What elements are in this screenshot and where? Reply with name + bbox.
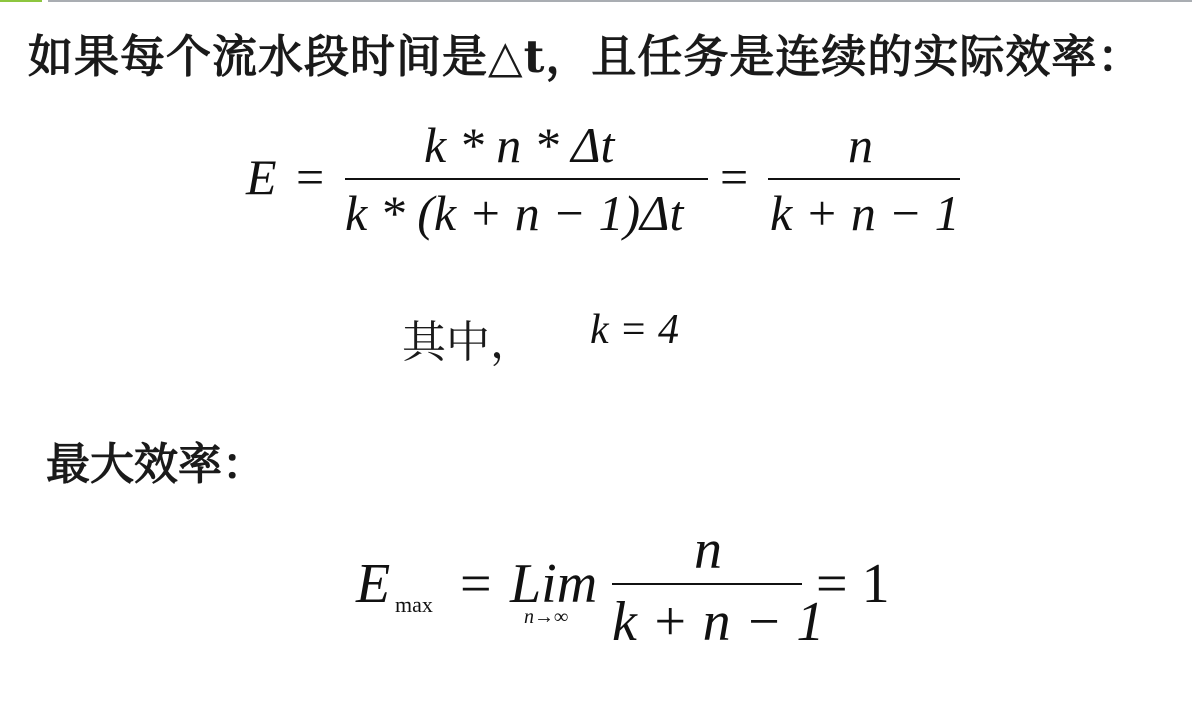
limit-subscript: n→∞: [524, 606, 568, 629]
result-value: = 1: [816, 552, 890, 616]
lhs-subscript: max: [395, 592, 433, 618]
fraction-denominator: k * (k + n − 1)Δt: [345, 184, 683, 242]
fraction-numerator: k * n * Δt: [424, 116, 614, 174]
fraction-denominator: k + n − 1: [612, 590, 824, 654]
max-efficiency-label: 最大效率：: [46, 428, 266, 492]
accent-bar: [0, 0, 42, 2]
fraction-numerator: n: [694, 518, 722, 582]
where-expression: k = 4: [590, 306, 679, 354]
equals-sign: =: [296, 148, 324, 206]
divider-line: [48, 0, 1192, 2]
equals-sign: =: [460, 552, 492, 616]
fraction-bar: [768, 178, 960, 180]
fraction-bar: [612, 583, 802, 585]
simplified-numerator: n: [848, 116, 873, 174]
slide-heading: 如果每个流水段时间是△t，且任务是连续的实际效率：: [28, 20, 1143, 85]
where-label: 其中，: [402, 306, 534, 370]
simplified-denominator: k + n − 1: [770, 184, 960, 242]
slide-top-rule: [0, 0, 1192, 3]
formula-lhs: E: [246, 148, 277, 206]
equals-sign: =: [720, 148, 748, 206]
formula-lhs: E: [356, 552, 390, 616]
fraction-bar: [345, 178, 708, 180]
